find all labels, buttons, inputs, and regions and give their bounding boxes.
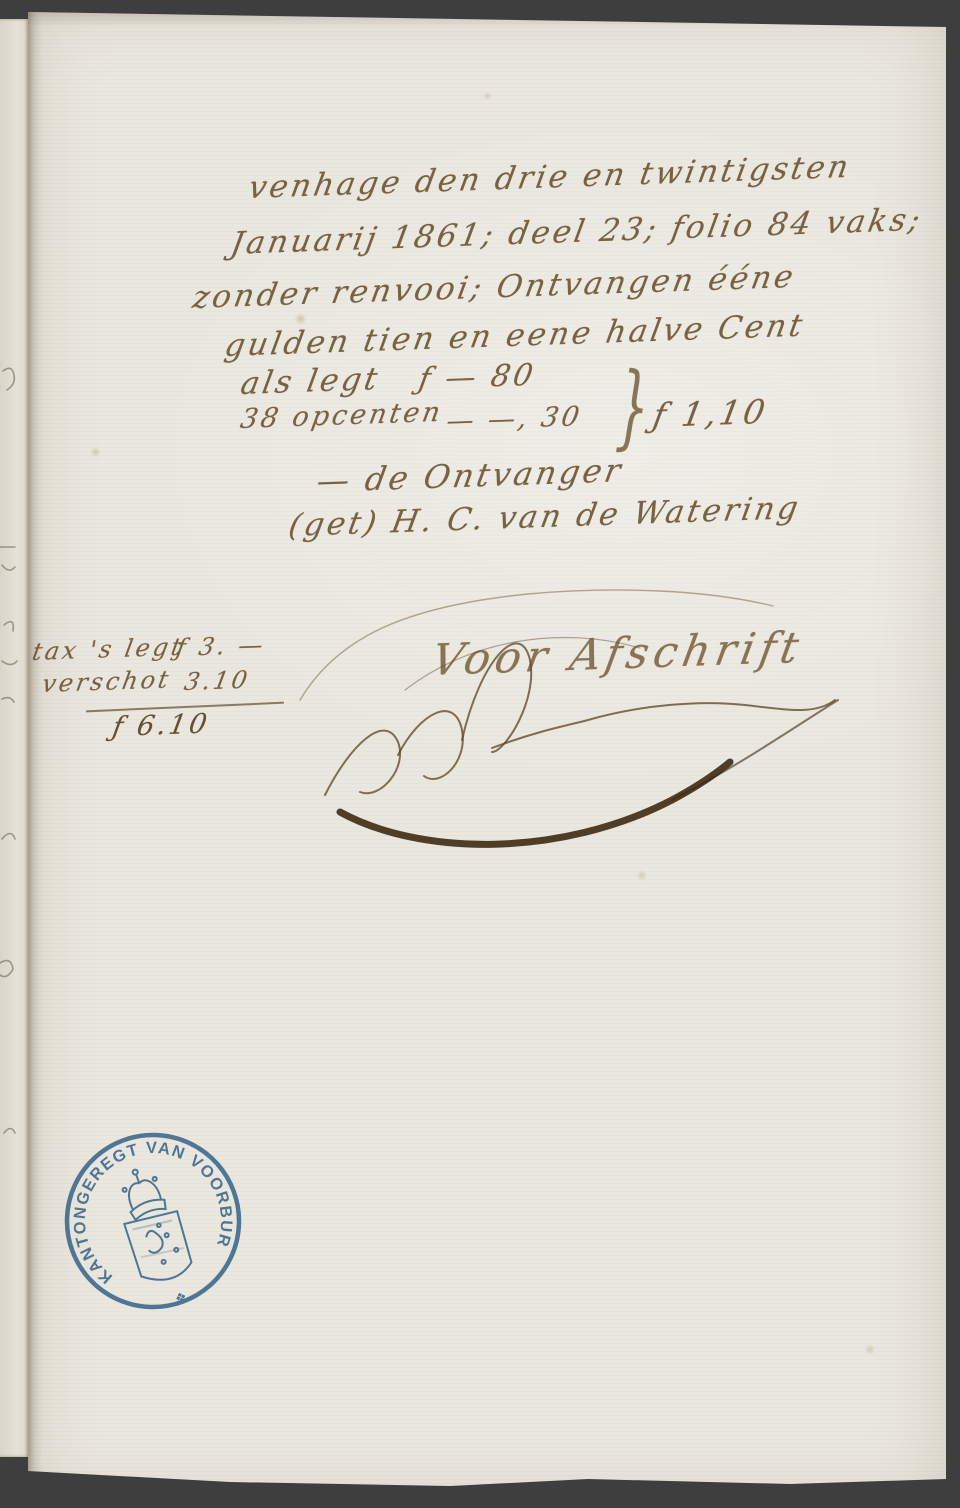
- document-page: venhage den drie en twintigsten Januarij…: [28, 0, 946, 1508]
- previous-page-ink-fragments: [0, 19, 30, 1457]
- previous-page-edge: [0, 19, 30, 1457]
- stamp-crown-icon: [117, 1164, 167, 1221]
- scanned-document: venhage den drie en twintigsten Januarij…: [0, 0, 960, 1508]
